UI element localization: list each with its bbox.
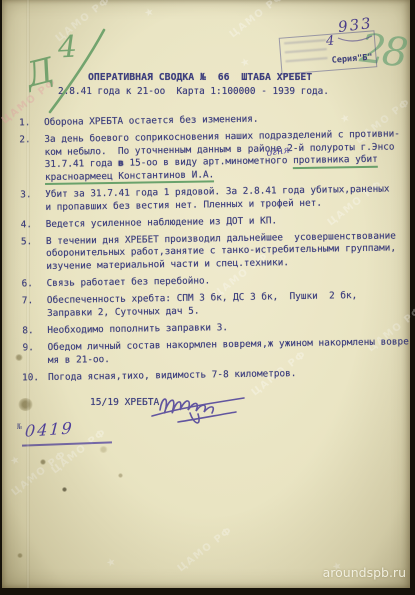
item-line-text: 31.7.41 года [45, 158, 119, 170]
report-item-1: 1. Оборона ХРЕБТА остается без изменения… [44, 111, 410, 129]
item-number: 3. [20, 189, 31, 202]
report-title: ОПЕРАТИВНАЯ СВОДКА № 66 ШТАБА ХРЕБЕТ [88, 72, 312, 83]
archive-watermark: ЦАМО РФ [10, 449, 69, 499]
item-line: Связь работает без перебойно. [47, 272, 413, 290]
resolution-mark-letter: Д [22, 50, 59, 96]
resolution-mark-digit: 4 [57, 30, 78, 66]
signature [148, 384, 260, 430]
item-number: 6. [22, 278, 33, 291]
report-subtitle: 2.8.41 года к 21-оо Карта 1:100000 - 193… [58, 86, 329, 97]
incoming-stamp: 4 Серия"Б" [279, 30, 378, 74]
item-line: Необходимо пополнить заправки 3. [47, 319, 413, 337]
item-number: 5. [21, 236, 32, 249]
star-watermark: ★ [141, 1, 156, 21]
star-watermark: ★ [103, 551, 118, 571]
item-number: 10. [22, 372, 39, 385]
item-number: 1. [19, 117, 30, 130]
report-item-4: 4. Ведется усиленное наблюдение из ДОТ и… [46, 213, 412, 231]
stain-spot [18, 398, 33, 411]
item-number: 2. [19, 134, 30, 147]
item-number: 7. [22, 295, 33, 308]
outgoing-number-value: 0419 [24, 418, 74, 441]
report-item-5: 5. В течении дня ХРЕБЕТ производил дальн… [46, 230, 413, 274]
report-item-2: 2. За день боевого соприкосновения наших… [44, 128, 411, 184]
report-item-7: 7. Обеспеченность хребта: СПМ 3 бк, ДС 3… [47, 289, 413, 320]
item-number: 4. [21, 219, 32, 232]
report-item-6: 6. Связь работает без перебойно. [47, 272, 413, 290]
stain-spot [99, 446, 108, 453]
signature-label: 15/19 ХРЕБТА [90, 397, 159, 408]
star-watermark: ★ [7, 449, 22, 469]
item-number: 8. [22, 325, 33, 338]
report-item-9: 9. Обедом личный состав накормлен воврем… [48, 336, 414, 367]
item-line: Ведется усиленное наблюдение из ДОТ и КП… [46, 213, 412, 231]
stain-spot [40, 459, 46, 465]
star-watermark: ★ [237, 51, 252, 71]
report-item-3: 3. Убит за 31.7.41 года 1 рядовой. За 2.… [45, 183, 411, 214]
outgoing-number-prefix: № [17, 422, 22, 431]
paper-sheet: ЦАМО РФ ЦАМО РФ ЦАМО РФ ЦАМО РФ ЦАМО РФ … [2, 0, 410, 588]
stamp-illegible-rows [284, 39, 328, 68]
outgoing-number-underline [22, 441, 112, 446]
report-item-8: 8. Необходимо пополнить заправки 3. [47, 319, 413, 337]
archive-watermark: ЦАМО РФ [176, 525, 235, 575]
stain-spot [17, 553, 23, 558]
stamp-handwritten-digit: 4 [326, 33, 335, 49]
archive-watermark: ЦАМО РФ [228, 0, 287, 40]
report-item-10: 10. Погода ясная,тихо, видимость 7-8 кил… [48, 366, 414, 384]
stain-spot [62, 487, 67, 492]
item-line: Оборона ХРЕБТА остается без изменения. [44, 111, 410, 129]
report-items: 1. Оборона ХРЕБТА остается без изменения… [2, 111, 414, 389]
stain-spot [118, 473, 123, 478]
stamp-series-label: Серия"Б" [331, 53, 373, 66]
green-underlined-text: красноармеец Константинов И.А. [45, 169, 215, 185]
outgoing-number: №0419 [17, 420, 74, 439]
item-number: 9. [23, 342, 34, 355]
site-watermark: aroundspb.ru [323, 565, 406, 580]
item-line: Погода ясная,тихо, видимость 7-8 километ… [48, 366, 414, 384]
